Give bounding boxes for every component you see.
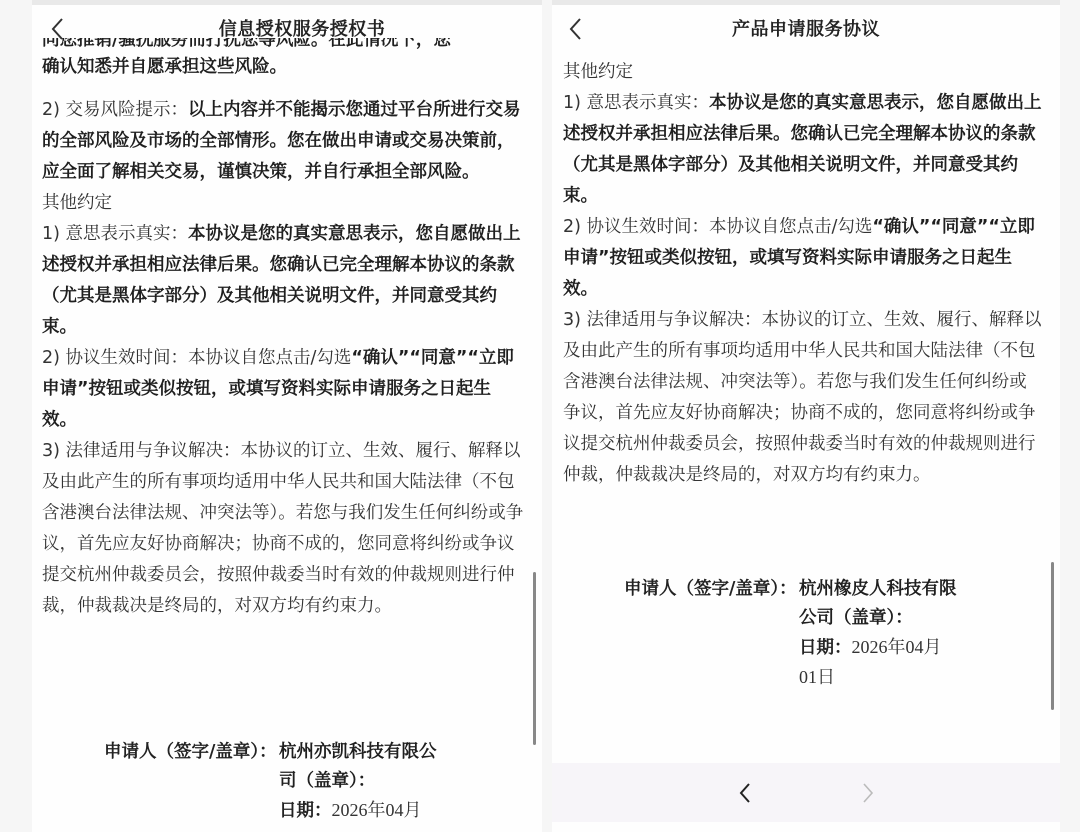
- signature-block: 申请人（签字/盖章）： 杭州亦凯科技有限公司（盖章）： 日期：2026年04月: [104, 738, 439, 826]
- clause-2: 2) 协议生效时间：本协议自您点击/勾选“确认”“同意”“立即申请”按钮或类似按…: [563, 212, 1042, 305]
- clause-2: 2) 协议生效时间：本协议自您点击/勾选“确认”“同意”“立即申请”按钮或类似按…: [42, 343, 524, 436]
- scrollbar[interactable]: [533, 572, 536, 745]
- sign-date: 日期：2026年04月01日: [799, 633, 959, 693]
- navigation-bar: 产品申请服务协议: [552, 5, 1060, 49]
- agreement-content: 其他约定 1) 意思表示真实：本协议是您的真实意思表示，您自愿做出上述授权并承担…: [552, 57, 1060, 491]
- section-heading-other: 其他约定: [42, 188, 524, 219]
- signer-info: 杭州亦凯科技有限公司（盖章）： 日期：2026年04月: [279, 738, 439, 826]
- left-phone-screen: 信息授权服务授权书 向您推销/骚扰服务而打扰您等风险。在此情况下，您 确认知悉并…: [32, 0, 542, 832]
- clause-3: 3) 法律适用与争议解决：本协议的订立、生效、履行、解释以及由此产生的所有事项均…: [563, 305, 1042, 491]
- browser-bottom-nav: [552, 763, 1060, 822]
- clipped-text-line: 向您推销/骚扰服务而打扰您等风险。在此情况下，您: [42, 38, 524, 52]
- applicant-label: 申请人（签字/盖章）：: [624, 575, 799, 693]
- paragraph-risk-confirm: 确认知悉并自愿承担这些风险。: [42, 52, 524, 83]
- previous-page-button[interactable]: [734, 781, 756, 805]
- clause-1: 1) 意思表示真实：本协议是您的真实意思表示，您自愿做出上述授权并承担相应法律后…: [42, 219, 524, 343]
- company-name: 杭州橡皮人科技有限公司（盖章）：: [799, 575, 959, 633]
- right-phone-screen: 产品申请服务协议 其他约定 1) 意思表示真实：本协议是您的真实意思表示，您自愿…: [552, 0, 1060, 832]
- chevron-right-icon: [857, 781, 879, 805]
- page-title: 产品申请服务协议: [552, 15, 1060, 41]
- clause-1: 1) 意思表示真实：本协议是您的真实意思表示，您自愿做出上述授权并承担相应法律后…: [563, 88, 1042, 212]
- screenshot-comparison: 信息授权服务授权书 向您推销/骚扰服务而打扰您等风险。在此情况下，您 确认知悉并…: [0, 0, 1080, 832]
- signer-info: 杭州橡皮人科技有限公司（盖章）： 日期：2026年04月01日: [799, 575, 959, 693]
- company-name: 杭州亦凯科技有限公司（盖章）：: [279, 738, 439, 796]
- applicant-label: 申请人（签字/盖章）：: [104, 738, 279, 826]
- scrollbar[interactable]: [1051, 562, 1054, 710]
- agreement-content: 向您推销/骚扰服务而打扰您等风险。在此情况下，您 确认知悉并自愿承担这些风险。 …: [32, 40, 542, 622]
- clause-3: 3) 法律适用与争议解决：本协议的订立、生效、履行、解释以及由此产生的所有事项均…: [42, 436, 524, 622]
- sign-date: 日期：2026年04月: [279, 796, 439, 826]
- paragraph-trade-risk: 2) 交易风险提示：以上内容并不能揭示您通过平台所进行交易的全部风险及市场的全部…: [42, 95, 524, 188]
- next-page-button[interactable]: [857, 781, 879, 805]
- chevron-left-icon: [734, 781, 756, 805]
- section-heading-other: 其他约定: [563, 57, 1042, 88]
- signature-block: 申请人（签字/盖章）： 杭州橡皮人科技有限公司（盖章）： 日期：2026年04月…: [624, 575, 959, 693]
